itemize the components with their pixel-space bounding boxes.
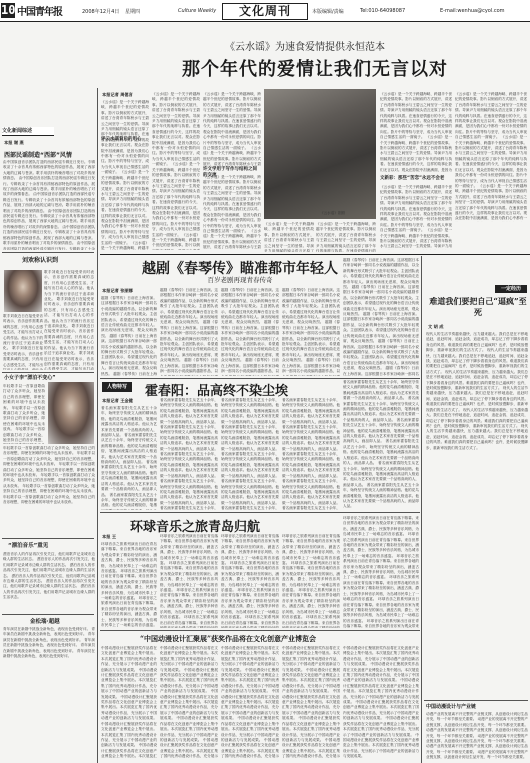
story4-body-col-2: 环球音乐之旅系列演出日前在青岛落下帷幕。来自世界各地的音乐家为观众带来了精彩纷呈… [160,534,218,628]
right-headline: 难道我们要把自己“逼疯”至死 [428,296,528,318]
story3-body-col-5: 著名画家霍春阳先生从艺五十余年，始终坚守传统文人画的精神品格。他的花鸟画清雅脱俗… [343,380,419,510]
section-divider [100,254,530,255]
story2-body-col-5: 越剧《春琴传》日前在上海首演。这部根据日本作家谷崎润一郎同名小说改编的越剧作品，… [343,258,419,376]
left-headline-4: “漂泊音乐”重见 [8,541,96,549]
story5-body-col-3: 中国动漫设计汇聚展获奖作品将在文化创意产业博览会上集中展出。本次展览汇集了国内优… [221,646,279,758]
left-article-5: 青年演员在新剧中挑战全新角色，表现出色受到好评。 青年演员在新剧中挑战全新角色，… [3,627,95,761]
left-article-3b: 年轻歌手以一首原创歌曲打动了众多听众，她坚持自己的音乐理想，即使在困难的环境中也… [3,446,95,536]
right-section-tag: 一定经历 [495,285,527,293]
lead-byline: 本报记者 周偲言 [102,92,133,98]
story2-body-col-4: 越剧《春琴传》日前在上海首演。这部根据日本作家谷崎润一郎同名小说改编的越剧作品，… [282,288,340,376]
photo-caption: 《云水谣》剧照 [320,211,345,216]
left-article-3: 年轻歌手以一首原创歌曲打动了众多听众，她坚持自己的音乐理想，即使在困难的环境中也… [3,384,45,444]
lead-body-col-5b: 《云水谣》是一个关于跨越海峡、跨越半个世纪的爱情故事。影片以倒叙的方式展开，讲述… [380,185,452,250]
lead-body-col-3: 《云水谣》是一个关于跨越海峡、跨越半个世纪的爱情故事。影片以倒叙的方式展开，讲述… [203,92,261,168]
story5-body-col-1: 中国动漫设计汇聚展获奖作品将在文化创意产业博览会上集中展出。本次展览汇集了国内优… [101,646,157,758]
story4-body-col-1: 环球音乐之旅系列演出日前在青岛落下帷幕。来自世界各地的音乐家为观众带来了精彩纷呈… [101,542,157,628]
lead-body-col-5: 《云水谣》是一个关于跨越海峡、跨越半个世纪的爱情故事。影片以倒叙的方式展开，讲述… [380,92,452,172]
story5-body-col-2: 中国动漫设计汇聚展获奖作品将在文化创意产业博览会上集中展出。本次展览汇集了国内优… [160,646,218,758]
left-headline-2: 刘欢称认识到 [22,255,92,264]
story4-byline: 本报 王 [102,534,116,540]
issue-date: 2008年12月4日 [82,8,119,15]
left-article-1: 由中国原创音乐团队打造的西部民谣专辑近日发行。专辑收录了十余首具有浓郁西部特色的… [3,160,95,250]
left-section-tag: 文化新闻综述 [2,127,54,136]
story3-body-col-1: 著名画家霍春阳先生从艺五十余年，始终坚守传统文人画的精神品格。他的花鸟画清雅脱俗… [101,406,157,510]
story3-body-col-4: 著名画家霍春阳先生从艺五十余年，始终坚守传统文人画的精神品格。他的花鸟画清雅脱俗… [282,398,340,510]
newspaper-logo: 中国青年报 [17,3,62,18]
story5-body-col-5: 中国动漫设计汇聚展获奖作品将在文化创意产业博览会上集中展出。本次展览汇集了国内优… [343,646,419,758]
right-byline: 文 胡 成 [428,324,443,330]
column-name-en: Culture Weekly [178,8,216,14]
divider [2,252,94,253]
story3-body-col-3: 著名画家霍春阳先生从艺五十余年，始终坚守传统文人画的精神品格。他的花鸟画清雅脱俗… [221,398,279,510]
story2-byline: 本报记者 张丽娜 [102,288,133,294]
divider [2,372,94,373]
portrait-photo [4,270,42,312]
column-rule [97,88,98,763]
story4-body-col-5: 环球音乐之旅系列演出日前在青岛落下帷幕。来自世界各地的音乐家为观众带来了精彩纷呈… [343,516,419,628]
story4-body-col-4: 环球音乐之旅系列演出日前在青岛落下帷幕。来自世界各地的音乐家为观众带来了精彩纷呈… [282,534,340,628]
divider [2,538,94,539]
left-headline-3: 小女子李“漂泊不变心” [4,374,96,381]
left-byline: 本报 谢 燕 [4,140,24,146]
lead-inner-head-1: 评云水谣背后的用心 [101,136,149,142]
email-address: E-mail:wenhua@cyol.com [440,8,505,14]
column-rule [421,256,422,763]
left-article-4: 漂泊音乐人的作品再次引发关注，他们用歌声记录城市边缘人群的生活状态。 漂泊音乐人… [3,552,95,612]
lead-body-col-1: 《云水谣》是一个关于跨越海峡、跨越半个世纪的爱情故事。影片以倒叙的方式展开，讲述… [101,100,149,250]
story3-byline: 本报记者 王金健 [102,398,133,404]
lead-headline: 那个年代的爱情让我们无言以对 [105,55,525,81]
story3-headline: 霍春阳：品高终不染尘埃 [145,380,345,399]
story2-body-col-3: 越剧《春琴传》日前在上海首演。这部根据日本作家谷崎润一郎同名小说改编的越剧作品，… [221,288,279,376]
section-divider [100,630,420,631]
right-bottom-article: 动漫产业的发展离不开完整的产业链支撑，从创意设计到衍生品开发，每一个环节都至关重… [426,712,528,762]
lead-inner-head-3: 文新彩：那些“苦恋”永远不会老 [380,175,452,181]
editor-credit: 本版编辑/责编 [312,8,344,15]
lead-body-col-4b: 《云水谣》是一个关于跨越海峡、跨越半个世纪的爱情故事。影片以倒叙的方式展开，讲述… [316,222,376,252]
lead-body-col-6: 《云水谣》是一个关于跨越海峡、跨越半个世纪的爱情故事。影片以倒叙的方式展开，讲述… [455,92,527,222]
story2-subhead: 百岁老剧再现青春传奇 [160,275,320,284]
story5-body-col-4: 中国动漫设计汇聚展获奖作品将在文化创意产业博览会上集中展出。本次展览汇集了国内优… [282,646,340,758]
lead-body-col-4a: 《云水谣》是一个关于跨越海峡、跨越半个世纪的爱情故事。影片以倒叙的方式展开，讲述… [264,222,314,252]
story4-body-col-3: 环球音乐之旅系列演出日前在青岛落下帷幕。来自世界各地的音乐家为观众带来了精彩纷呈… [221,534,279,628]
story4-headline: 环球音乐之旅青岛归航 [130,516,350,535]
story2-body-col-2: 越剧《春琴传》日前在上海首演。这部根据日本作家谷崎润一郎同名小说改编的越剧作品，… [160,288,218,376]
left-headline-1: 西部民谣制造“西部”风情 [4,150,96,159]
divider [424,700,528,701]
page-number: 10 [1,3,15,18]
story5-headline: “中国动漫设计汇聚展”获奖作品将在文化创意产业博览会 [140,634,390,644]
divider [2,614,94,615]
left-article-2: 歌手刘欢近日在接受采访时表示，音乐创作需要真诚的态度，只有用心去感受生活，才能写… [44,270,94,370]
lead-body-col-3b: 《云水谣》是一个关于跨越海峡、跨越半个世纪的爱情故事。影片以倒叙的方式展开，讲述… [203,175,261,250]
phone-number: Tel:010-64098087 [360,8,405,14]
lead-photo [264,89,376,219]
story3-tag: 人物特写 [102,382,132,392]
right-article: 现代人的生活节奏越来越快，压力越来越大。我们总是在不停地追赶，追赶时间、追赶金钱… [426,332,528,632]
issue-weekday: 星期四 [125,8,140,15]
left-article-2b: 歌手刘欢近日在接受采访时表示，音乐创作需要真诚的态度，只有用心去感受生活，才能写… [3,314,43,370]
section-divider [100,512,420,513]
left-sidebar: 文化新闻综述 本报 谢 燕 西部民谣制造“西部”风情 由中国原创音乐团队打造的西… [0,92,96,763]
section-title: 文化周刊 [222,3,308,20]
story2-body-col-1: 越剧《春琴传》日前在上海首演。这部根据日本作家谷崎润一郎同名小说改编的越剧作品，… [101,296,157,376]
section-divider [100,378,420,379]
right-bottom-headline: 中国动漫设计与产业链 [426,703,528,710]
left-headline-5: 金松瑞·超越 [30,617,96,625]
lead-body-col-2: 《云水谣》是一个关于跨越海峡、跨越半个世纪的爱情故事。影片以倒叙的方式展开，讲述… [152,92,200,250]
lead-subhead: 《云水谣》为速食爱情提供永恒范本 [180,38,430,53]
singer-photo [48,382,94,444]
story3-body-col-2: 著名画家霍春阳先生从艺五十余年，始终坚守传统文人画的精神品格。他的花鸟画清雅脱俗… [160,398,218,510]
